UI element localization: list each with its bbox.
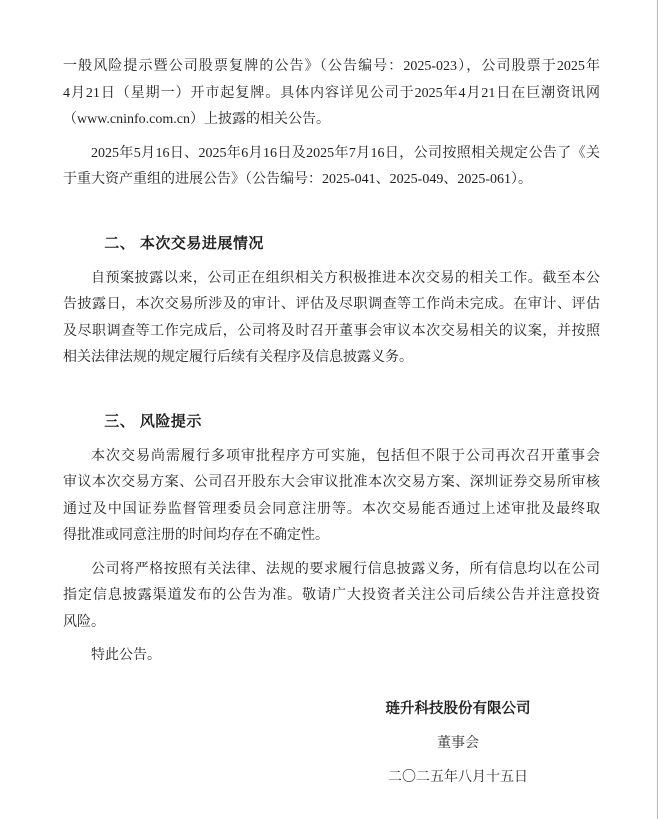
- text-line: 一般风险提示暨公司股票复牌的公告》（公告编号：2025-023），公司股票于20…: [63, 54, 600, 81]
- text-line: 指定信息披露渠道发布的公告为准。敬请广大投资者关注公司后续公告并注意投资: [63, 583, 600, 610]
- paragraph: 本次交易尚需履行多项审批程序方可实施，包括但不限于公司再次召开董事会审议本次交易…: [63, 444, 600, 550]
- paragraph: 2025年5月16日、2025年6月16日及2025年7月16日，公司按照相关规…: [63, 141, 600, 194]
- section-heading: 三、 风险提示: [63, 408, 600, 435]
- text-line: 特此公告。: [63, 643, 600, 670]
- paragraph: 一般风险提示暨公司股票复牌的公告》（公告编号：2025-023），公司股票于20…: [63, 54, 600, 134]
- announcement-page: 一般风险提示暨公司股票复牌的公告》（公告编号：2025-023），公司股票于20…: [0, 0, 664, 819]
- signature-company-name: 琏升科技股份有限公司: [348, 696, 568, 723]
- paragraph: 公司将严格按照有关法律、法规的要求履行信息披露义务，所有信息均以在公司指定信息披…: [63, 557, 600, 637]
- text-line: 本次交易尚需履行多项审批程序方可实施，包括但不限于公司再次召开董事会: [63, 444, 600, 471]
- text-line: 告披露日，本次交易所涉及的审计、评估及尽职调查等工作尚未完成。在审计、评估: [63, 292, 600, 319]
- text-line: （www.cninfo.com.cn）上披露的相关公告。: [63, 107, 600, 134]
- page-edge-line: [657, 0, 658, 819]
- section-heading: 二、 本次交易进展情况: [63, 230, 600, 257]
- text-line: 4月21日（星期一）开市起复牌。具体内容详见公司于2025年4月21日在巨潮资讯…: [63, 81, 600, 108]
- signature-date: 二〇二五年八月十五日: [348, 764, 568, 791]
- document-content: 一般风险提示暨公司股票复牌的公告》（公告编号：2025-023），公司股票于20…: [63, 0, 600, 791]
- paragraph: 自预案披露以来，公司正在组织相关方积极推进本次交易的相关工作。截至本公告披露日，…: [63, 266, 600, 372]
- document-blocks: 一般风险提示暨公司股票复牌的公告》（公告编号：2025-023），公司股票于20…: [63, 54, 600, 670]
- signature-block: 琏升科技股份有限公司 董事会 二〇二五年八月十五日: [348, 696, 568, 791]
- text-line: 及尽职调查等工作完成后，公司将及时召开董事会审议本次交易相关的议案，并按照: [63, 319, 600, 346]
- text-line: 风险。: [63, 610, 600, 637]
- paragraph: 特此公告。: [63, 643, 600, 670]
- text-line: 审议本次交易方案、公司召开股东大会审议批准本次交易方案、深圳证券交易所审核: [63, 470, 600, 497]
- text-line: 相关法律法规的规定履行后续有关程序及信息披露义务。: [63, 345, 600, 372]
- text-line: 得批准或同意注册的时间均存在不确定性。: [63, 523, 600, 550]
- text-line: 于重大资产重组的进展公告》（公告编号：2025-041、2025-049、202…: [63, 167, 600, 194]
- text-line: 公司将严格按照有关法律、法规的要求履行信息披露义务，所有信息均以在公司: [63, 557, 600, 584]
- text-line: 2025年5月16日、2025年6月16日及2025年7月16日，公司按照相关规…: [63, 141, 600, 168]
- text-line: 自预案披露以来，公司正在组织相关方积极推进本次交易的相关工作。截至本公: [63, 266, 600, 293]
- signature-signer: 董事会: [348, 730, 568, 757]
- text-line: 通过及中国证券监督管理委员会同意注册等。本次交易能否通过上述审批及最终取: [63, 497, 600, 524]
